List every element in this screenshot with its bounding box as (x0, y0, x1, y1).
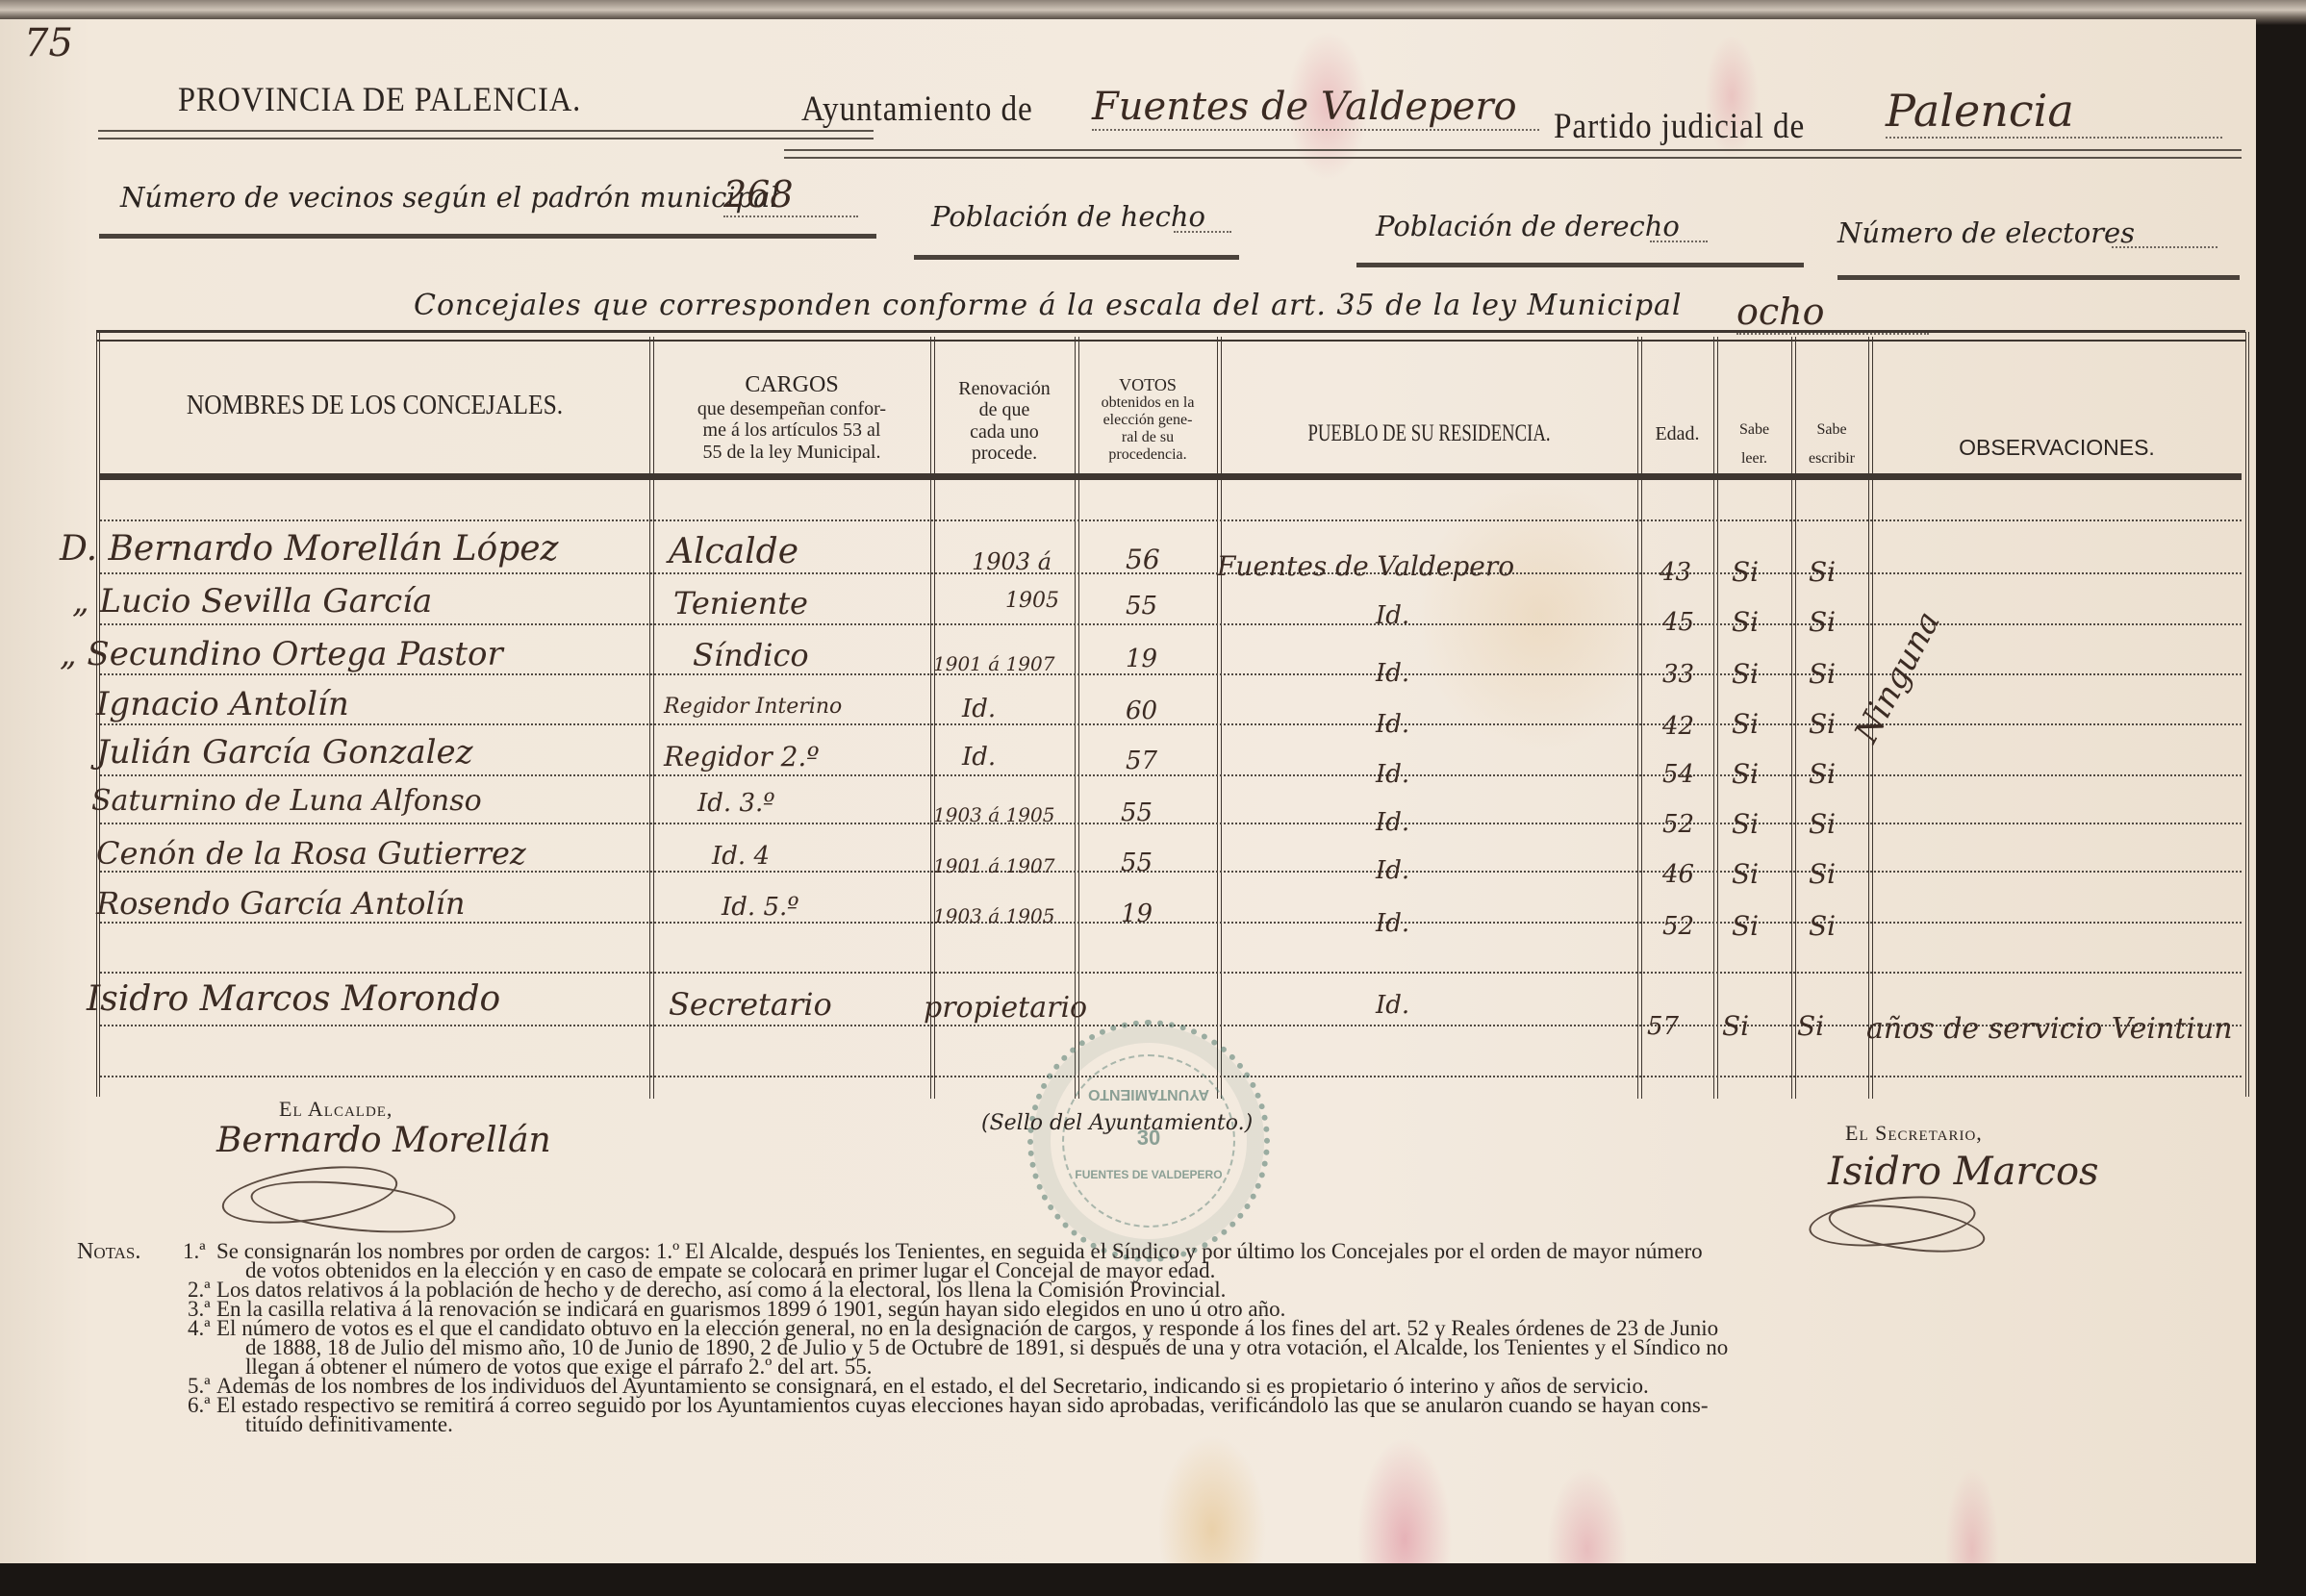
cell-leer: Si (1732, 708, 1759, 740)
cell-cargo: Alcalde (669, 532, 798, 571)
header-sabe-escribir-1: Sabe (1795, 416, 1868, 444)
header-pueblo: PUEBLO DE SU RESIDENCIA. (1273, 420, 1585, 447)
cell-edad: 33 (1662, 660, 1694, 689)
cell-votos: 56 (1126, 544, 1160, 575)
page-number: 75 (24, 21, 73, 65)
cell-nombre: Rosendo García Antolín (96, 885, 466, 922)
cell-nombre: „ Secundino Ortega Pastor (60, 635, 503, 673)
poblacion-hecho-value (1174, 212, 1231, 233)
header-rule-left (98, 130, 874, 139)
concejales-value: ocho (1736, 291, 1929, 335)
cell-leer: Si (1732, 606, 1759, 638)
secretario-label: El Secretario, (1845, 1121, 1983, 1146)
cell-cargo: Id. 5.º (722, 893, 798, 922)
cell-leer: Si (1732, 658, 1759, 690)
header-observaciones: OBSERVACIONES. (1872, 436, 2242, 461)
cell-pueblo: Id. (1376, 909, 1409, 938)
note-number: 1.ª (183, 1241, 206, 1262)
cell-nombre: Julián García Gonzalez (96, 733, 473, 772)
row-rule (100, 519, 2242, 521)
census-rule-3 (1356, 263, 1804, 267)
vecinos-value: 268 (723, 173, 858, 217)
census-rule-4 (1837, 275, 2240, 280)
row-rule (100, 572, 2242, 574)
cell-leer: Si (1722, 1010, 1749, 1042)
header-cargos-title: CARGOS (653, 372, 930, 398)
header-votos-2: elección gene- (1078, 412, 1217, 429)
header-cargos: CARGOS que desempeñan confor- me á los a… (653, 372, 930, 463)
vecinos-label: Número de vecinos según el padrón munici… (120, 181, 779, 214)
row-rule (100, 774, 2242, 776)
province-title: PROVINCIA DE PALENCIA. (178, 79, 581, 119)
cell-pueblo: Id. (1376, 710, 1409, 739)
row-rule (100, 972, 2242, 974)
cell-escribir: Si (1809, 858, 1836, 890)
header-edad: Edad. (1641, 423, 1713, 444)
cell-votos: 55 (1126, 592, 1157, 621)
header-sabe-escribir: Sabe escribir (1795, 416, 1868, 473)
cell-escribir: Si (1809, 556, 1836, 588)
cell-renovacion: 1901 á 1907 (933, 652, 1054, 675)
table-header-rule (100, 473, 2242, 480)
cell-renovacion: 1903 á 1905 (933, 904, 1054, 927)
cell-escribir: Si (1809, 606, 1836, 638)
header-sabe-leer-2: leer. (1717, 444, 1791, 473)
cell-votos: 60 (1126, 697, 1157, 725)
header-renovacion-3: cada uno (934, 421, 1075, 443)
cell-votos: 57 (1126, 747, 1157, 775)
cell-nombre: „ Lucio Sevilla García (72, 582, 432, 621)
note-line: tituído definitivamente. (245, 1414, 453, 1435)
electores-value (2112, 227, 2217, 248)
cell-leer: Si (1732, 556, 1759, 588)
census-rule-1 (99, 234, 876, 239)
alcalde-signature: Bernardo Morellán (216, 1121, 551, 1160)
cell-edad: 43 (1660, 558, 1691, 587)
cell-nombre: Isidro Marcos Morondo (87, 979, 500, 1019)
cell-leer: Si (1732, 858, 1759, 890)
stamp-text-bottom: FUENTES DE VALDEPERO (1033, 1168, 1264, 1181)
cell-cargo: Síndico (693, 637, 809, 673)
cell-escribir: Si (1809, 708, 1836, 740)
cell-nombre: Saturnino de Luna Alfonso (91, 784, 482, 818)
cell-votos: 55 (1121, 849, 1153, 877)
cell-edad: 54 (1662, 760, 1694, 789)
table-top-rule (96, 330, 2245, 342)
header-renovacion-2: de que (934, 399, 1075, 420)
cell-cargo: Regidor Interino (664, 695, 842, 719)
notes-label: Notas. (77, 1241, 140, 1262)
alcalde-label: El Alcalde, (279, 1097, 393, 1122)
cell-cargo: Secretario (669, 986, 832, 1023)
cell-cargo: Regidor 2.º (664, 741, 819, 773)
cell-votos: 55 (1121, 798, 1153, 827)
header-rule-right (784, 149, 2242, 159)
col-divider (1217, 337, 1222, 1099)
cell-edad: 52 (1662, 912, 1694, 941)
ayuntamiento-label: Ayuntamiento de (801, 89, 1033, 130)
cell-cargo: Id. 4 (712, 842, 770, 871)
col-divider (1637, 337, 1642, 1099)
header-votos-3: ral de su (1078, 429, 1217, 446)
header-cargos-sub-2: me á los artículos 53 al (653, 419, 930, 441)
row-rule (100, 823, 2242, 824)
cell-votos: 19 (1126, 645, 1157, 673)
cell-votos: 19 (1121, 899, 1153, 928)
ayuntamiento-value: Fuentes de Valdepero (1092, 85, 1539, 131)
cell-pueblo: Id. (1376, 601, 1409, 630)
cell-renovacion: 1901 á 1907 (933, 854, 1054, 877)
cell-renovacion: 1903 á (972, 548, 1052, 575)
cell-cargo: Id. 3.º (697, 789, 774, 818)
header-votos-1: obtenidos en la (1078, 394, 1217, 412)
cell-renovacion: propietario (924, 991, 1087, 1025)
row-rule (100, 922, 2242, 924)
cell-escribir: Si (1797, 1010, 1824, 1042)
cell-nombre: Ignacio Antolín (96, 685, 349, 723)
cell-observaciones: años de servicio Veintiun (1866, 1012, 2233, 1046)
poblacion-derecho-label: Población de derecho (1376, 210, 1680, 242)
cell-nombre: Cenón de la Rosa Gutierrez (96, 835, 526, 872)
cell-leer: Si (1732, 808, 1759, 840)
ayuntamiento-stamp: AYUNTAMIENTO 30 FUENTES DE VALDEPERO (1027, 1020, 1270, 1262)
cell-edad: 57 (1647, 1012, 1679, 1041)
electores-label: Número de electores (1837, 216, 2135, 249)
header-nombres: NOMBRES DE LOS CONCEJALES. (133, 390, 616, 420)
cell-leer: Si (1732, 758, 1759, 790)
cell-edad: 45 (1662, 608, 1694, 637)
header-cargos-sub-1: que desempeñan confor- (653, 398, 930, 419)
partido-label: Partido judicial de (1554, 106, 1805, 147)
cell-cargo: Teniente (673, 585, 808, 621)
cell-leer: Si (1732, 910, 1759, 942)
page-bottom-edge (0, 1563, 2306, 1596)
census-rule-2 (914, 255, 1239, 260)
cell-renovacion: 1903 á 1905 (933, 803, 1054, 826)
cell-escribir: Si (1809, 658, 1836, 690)
stamp-text-top: AYUNTAMIENTO (1033, 1085, 1264, 1102)
sello-label: (Sello del Ayuntamiento.) (981, 1111, 1253, 1135)
secretario-signature: Isidro Marcos (1828, 1150, 2099, 1194)
cell-edad: 52 (1662, 810, 1694, 839)
cell-renovacion: Id. (962, 743, 996, 772)
header-votos: VOTOS obtenidos en la elección gene- ral… (1078, 375, 1217, 464)
cell-renovacion: Id. (962, 695, 996, 723)
header-sabe-escribir-2: escribir (1795, 444, 1868, 473)
cell-pueblo: Id. (1376, 760, 1409, 789)
partido-value: Palencia (1886, 85, 2222, 139)
header-sabe-leer-1: Sabe (1717, 416, 1791, 444)
note-number: 4.ª (188, 1318, 211, 1339)
cell-pueblo: Id. (1376, 856, 1409, 885)
cell-pueblo: Id. (1376, 808, 1409, 837)
poblacion-derecho-value (1650, 221, 1708, 242)
note-number: 6.ª (188, 1395, 211, 1416)
cell-escribir: Si (1809, 758, 1836, 790)
header-cargos-sub-3: 55 de la ley Municipal. (653, 442, 930, 463)
cell-renovacion: 1905 (1005, 589, 1059, 613)
cell-nombre: D. Bernardo Morellán López (60, 529, 559, 569)
cell-pueblo: Id. (1376, 659, 1409, 688)
concejales-label: Concejales que corresponden conforme á l… (414, 289, 1683, 322)
poblacion-hecho-label: Población de hecho (931, 200, 1205, 233)
cell-edad: 42 (1662, 712, 1694, 741)
header-renovacion: Renovación de que cada uno procede. (934, 378, 1075, 465)
cell-escribir: Si (1809, 808, 1836, 840)
header-votos-4: procedencia. (1078, 446, 1217, 464)
cell-pueblo: Id. (1376, 991, 1409, 1020)
header-renovacion-4: procede. (934, 443, 1075, 464)
row-rule (100, 723, 2242, 725)
cell-pueblo: Fuentes de Valdepero (1217, 550, 1514, 582)
header-votos-title: VOTOS (1078, 375, 1217, 394)
header-renovacion-1: Renovación (934, 378, 1075, 399)
header-sabe-leer: Sabe leer. (1717, 416, 1791, 473)
cell-escribir: Si (1809, 910, 1836, 942)
cell-edad: 46 (1662, 860, 1694, 889)
